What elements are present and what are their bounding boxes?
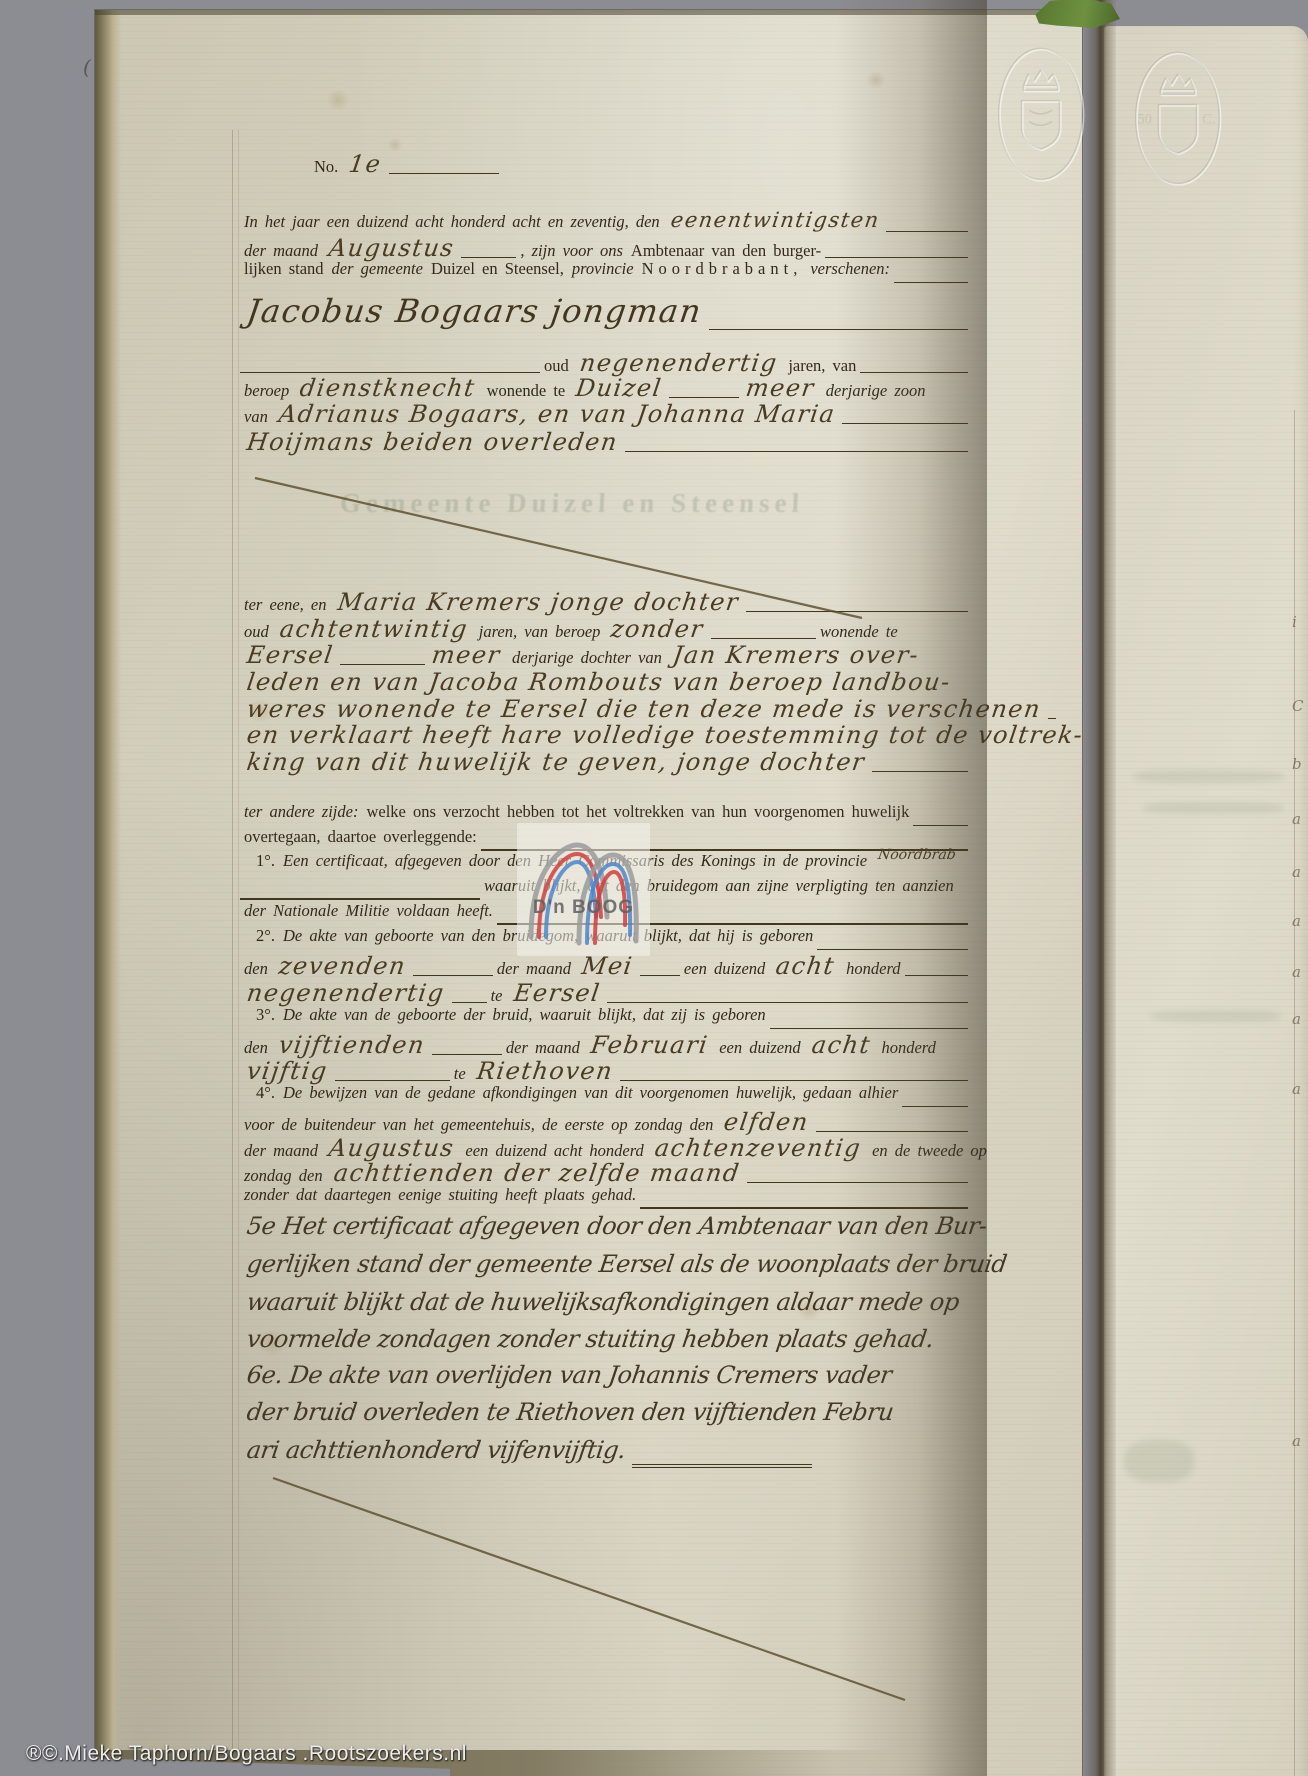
printed-text: een duizend acht honderd: [461, 1141, 647, 1161]
fill-in-rule: [340, 664, 425, 665]
handwritten-text: achtentwintig: [271, 615, 477, 643]
fill-in-rule: [335, 1080, 450, 1081]
printed-text: derjarige dochter van: [508, 648, 666, 668]
handwritten-text: meer: [737, 374, 824, 402]
fill-in-rule: [894, 282, 968, 283]
fill-in-rule: [860, 372, 968, 373]
handwritten-text: Eersel: [505, 979, 609, 1007]
fill-in-rule: [902, 1106, 968, 1107]
form-line: voormelde zondagen zonder stuiting hebbe…: [240, 1325, 968, 1365]
handwritten-text: Mei: [573, 952, 642, 980]
handwritten-text: Februari: [582, 1031, 717, 1059]
printed-text: Ambtenaar van den burger-: [627, 241, 825, 261]
handwritten-text: 6e. De akte van overlijden van Johannis …: [238, 1361, 900, 1389]
printed-text: voor de buitendeur van het gemeentehuis,…: [240, 1115, 717, 1135]
handwritten-text: meer: [423, 641, 510, 669]
printed-text: De bewijzen van de gedane afkondigingen …: [279, 1083, 902, 1103]
printed-text: oud: [540, 356, 573, 376]
handwritten-text: ari achttienhonderd vijfenvijftig.: [238, 1436, 634, 1464]
fill-in-rule: [432, 1054, 502, 1055]
handwritten-text: Maria Kremers jonge dochter: [329, 588, 748, 616]
printed-text: Noordbrabant,: [638, 259, 807, 279]
printed-text: verschenen:: [806, 259, 894, 279]
printed-text: den: [240, 959, 272, 979]
handwritten-text: Augustus: [320, 234, 463, 262]
printed-text: jaren, van beroep: [475, 622, 605, 642]
handwritten-text: Augustus: [320, 1134, 463, 1162]
printed-text: derjarige zoon: [822, 381, 930, 401]
handwritten-text: vijftig: [238, 1057, 337, 1085]
handwritten-text: Adrianus Bogaars, en van Johanna Maria: [270, 400, 844, 428]
handwritten-text: Hoijmans beiden overleden: [238, 428, 627, 456]
fill-in-rule: [640, 975, 680, 976]
printed-text: lijken stand: [240, 259, 328, 279]
fill-in-rule: [620, 1080, 968, 1081]
fill-in-rule: [770, 1028, 968, 1029]
fill-in-rule: [817, 949, 968, 950]
handwritten-text: king van dit huwelijk te geven, jonge do…: [238, 748, 874, 776]
printed-text: wonende te: [816, 622, 902, 642]
handwritten-text: leden en van Jacoba Rombouts van beroep …: [238, 668, 960, 696]
handwritten-text: achtenzeventig: [646, 1134, 870, 1162]
handwritten-text: elfden: [715, 1108, 818, 1136]
fill-in-rule: [461, 257, 516, 258]
handwritten-text: Duizel: [567, 374, 671, 402]
photo-credit: ®©.Mieke Taphorn/Bogaars .Rootszoekers.n…: [26, 1742, 467, 1766]
printed-text: zonder dat daartegen eenige stuiting hee…: [240, 1185, 640, 1205]
printed-text: der maand: [240, 241, 322, 261]
fill-in-rule: [905, 975, 968, 976]
handwritten-text: en verklaart heeft hare volledige toeste…: [238, 721, 1092, 749]
handwritten-text: zevenden: [270, 952, 415, 980]
form-line: gerlijken stand der gemeente Eersel als …: [240, 1250, 968, 1290]
printed-text: te: [450, 1064, 470, 1084]
handwritten-text: Jan Kremers over-: [664, 641, 928, 669]
handwritten-text: waaruit blijkt dat de huwelijksafkondigi…: [238, 1288, 968, 1316]
handwritten-text: weres wonende te Eersel die ten deze med…: [238, 695, 1050, 723]
handwritten-text: zonder: [602, 615, 713, 643]
handwritten-text: Riethoven: [468, 1057, 622, 1085]
watermark-box: D'n BOOG: [517, 823, 650, 956]
printed-text: den: [240, 1038, 272, 1058]
handwritten-text: 5e Het certificaat afgegeven door den Am…: [238, 1212, 996, 1240]
printed-text: ter eene, en: [240, 595, 331, 615]
printed-text: wonende te: [483, 381, 570, 401]
fill-in-rule: [709, 329, 968, 330]
fill-in-rule: [632, 1464, 812, 1468]
printed-text: honderd: [877, 1038, 939, 1058]
fill-in-rule: [240, 898, 480, 900]
handwritten-text: acht: [767, 952, 844, 980]
handwritten-text: negenendertig: [571, 349, 787, 377]
handwritten-text: 1e: [340, 150, 390, 178]
fill-in-rule: [607, 1002, 968, 1003]
printed-text: provincie: [568, 259, 638, 279]
handwritten-text: Noordbrab: [870, 847, 964, 863]
printed-text: 3°.: [252, 1005, 279, 1025]
form-line: Jacobus Bogaars jongman: [240, 292, 968, 338]
printed-text: een duizend: [715, 1038, 804, 1058]
fill-in-rule: [872, 771, 968, 772]
arch-logo-icon: [517, 823, 650, 956]
printed-text: 2°.: [252, 926, 279, 946]
printed-text: In het jaar een duizend acht honderd ach…: [240, 212, 664, 232]
fill-in-rule: [640, 1207, 968, 1209]
fill-in-rule: [413, 975, 493, 976]
fill-in-rule: [747, 1182, 968, 1183]
handwritten-text: Jacobus Bogaars jongman: [237, 292, 711, 330]
printed-text: De akte van de geboorte der bruid, waaru…: [279, 1005, 770, 1025]
printed-text: van: [240, 407, 272, 427]
fill-in-rule: [240, 372, 540, 373]
printed-text: der gemeente: [328, 259, 427, 279]
printed-text: beroep: [240, 381, 293, 401]
form-line: waaruit blijkt dat de huwelijksafkondigi…: [240, 1288, 968, 1328]
form-line: 6e. De akte van overlijden van Johannis …: [240, 1361, 968, 1401]
fill-in-rule: [669, 397, 739, 398]
handwritten-text: dienstknecht: [291, 374, 484, 402]
handwritten-text: negenendertig: [238, 979, 454, 1007]
fill-in-rule: [452, 1002, 487, 1003]
printed-text: honderd: [842, 959, 904, 979]
form-line: der bruid overleden te Riethoven den vij…: [240, 1398, 968, 1438]
printed-text: der maand: [493, 959, 575, 979]
fill-in-rule: [1048, 718, 1056, 719]
printed-text: zondag den: [240, 1166, 327, 1186]
printed-text: welke ons verzocht hebben tot het voltre…: [362, 802, 913, 822]
handwritten-text: Eersel: [238, 641, 342, 669]
fill-in-rule: [746, 611, 968, 612]
handwritten-text: acht: [803, 1031, 880, 1059]
printed-text: 1°.: [252, 851, 279, 871]
printed-text: Duizel en Steensel,: [427, 259, 568, 279]
watermark-text: D'n BOOG: [517, 897, 650, 919]
form-line: No.1e: [310, 150, 968, 182]
handwritten-text: eenentwintigsten: [662, 208, 888, 232]
fill-in-rule: [913, 825, 968, 826]
printed-text: 4°.: [252, 1083, 279, 1103]
fill-in-rule: [886, 231, 968, 232]
form-line: lijken standder gemeenteDuizel en Steens…: [240, 259, 968, 291]
form-lines: No.1eIn het jaar een duizend acht honder…: [0, 0, 1308, 1776]
form-line: king van dit huwelijk te geven, jonge do…: [240, 748, 968, 780]
handwritten-text: gerlijken stand der gemeente Eersel als …: [238, 1250, 1015, 1278]
registry-book-photo: ( Gemeente Duizel en Steensel No.1eIn he…: [0, 0, 1308, 1776]
fill-in-rule: [711, 638, 816, 639]
form-line: ari achttienhonderd vijfenvijftig.: [240, 1436, 968, 1476]
printed-text: jaren, van: [784, 356, 860, 376]
printed-text: te: [487, 986, 507, 1006]
printed-text: een duizend: [680, 959, 769, 979]
form-line: 5e Het certificaat afgegeven door den Am…: [240, 1212, 968, 1252]
handwritten-text: voormelde zondagen zonder stuiting hebbe…: [238, 1325, 942, 1353]
printed-text: der maand: [502, 1038, 584, 1058]
printed-text: oud: [240, 622, 273, 642]
handwritten-text: vijftienden: [270, 1031, 434, 1059]
printed-text: overtegaan, daartoe overleggende:: [240, 827, 481, 847]
fill-in-rule: [825, 257, 968, 258]
printed-text: , zijn voor ons: [516, 241, 627, 261]
fill-in-rule: [389, 173, 499, 174]
printed-text: en de tweede op: [868, 1141, 991, 1161]
printed-text: ter andere zijde:: [240, 802, 362, 822]
handwritten-text: achttienden der zelfde maand: [325, 1159, 749, 1187]
handwritten-text: der bruid overleden te Riethoven den vij…: [238, 1398, 902, 1426]
form-line: Hoijmans beiden overleden: [240, 428, 968, 460]
printed-text: der Nationale Militie voldaan heeft.: [240, 901, 497, 921]
fill-in-rule: [842, 423, 968, 424]
fill-in-rule: [816, 1131, 968, 1132]
printed-text: No.: [310, 157, 342, 177]
fill-in-rule: [625, 451, 968, 452]
printed-text: der maand: [240, 1141, 322, 1161]
